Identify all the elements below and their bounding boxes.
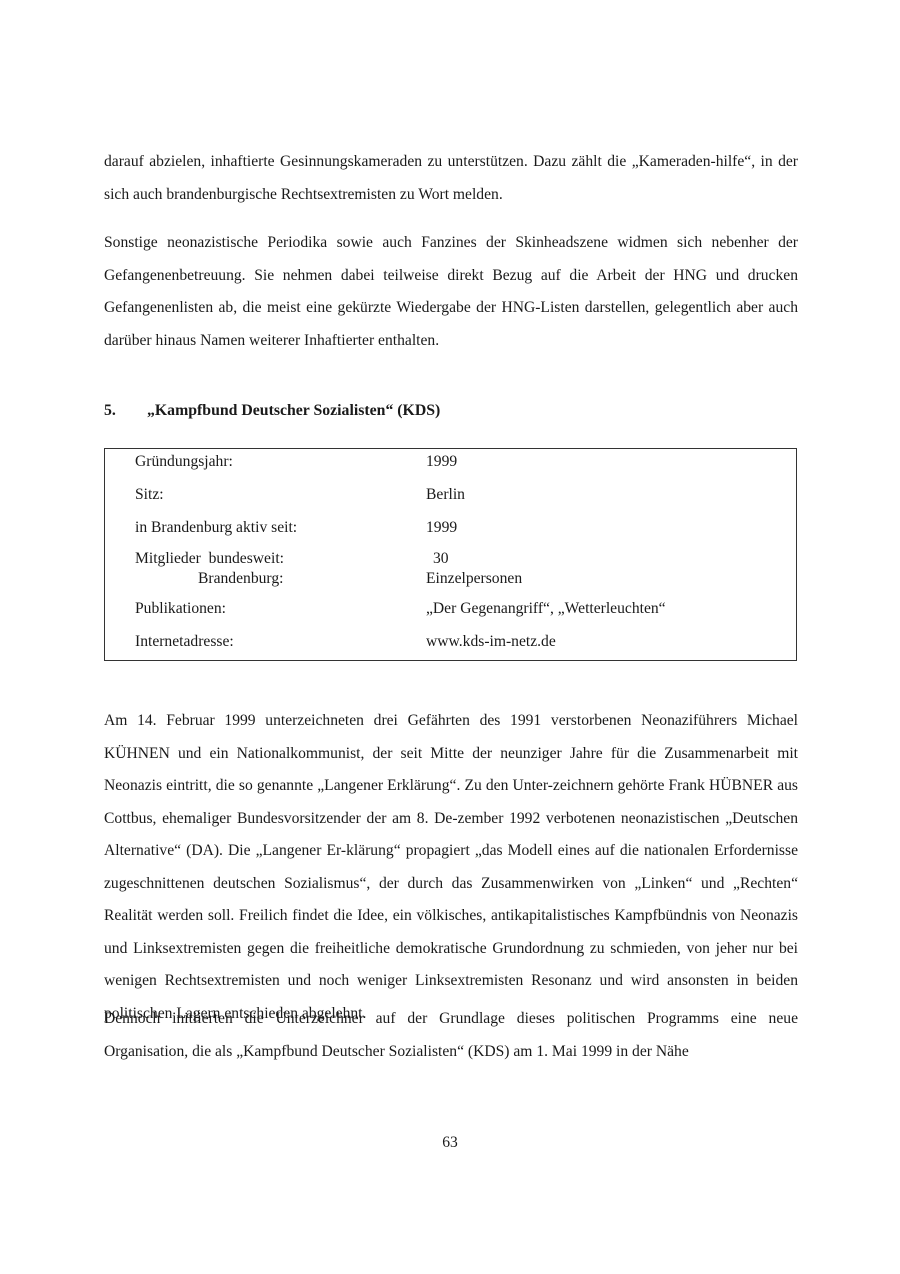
page-number: 63	[0, 1134, 900, 1152]
infobox-label: in Brandenburg aktiv seit:	[135, 518, 297, 538]
infobox-value: www.kds-im-netz.de	[426, 632, 556, 652]
section-heading: 5.„Kampfbund Deutscher Sozialisten“ (KDS…	[104, 402, 440, 420]
paragraph: Dennoch initiierten die Unterzeichner au…	[104, 1003, 798, 1068]
infobox-value: 1999	[426, 518, 457, 538]
section-number: 5.	[104, 402, 147, 420]
infobox-sub-value: Einzelpersonen	[426, 569, 522, 589]
organization-infobox: Gründungsjahr: 1999 Sitz: Berlin in Bran…	[104, 448, 797, 661]
infobox-label: Mitglieder bundesweit:	[135, 549, 284, 569]
infobox-value: „Der Gegenangriff“, „Wetterleuchten“	[426, 599, 666, 619]
document-page: darauf abzielen, inhaftierte Gesinnungsk…	[0, 0, 900, 1274]
infobox-label: Gründungsjahr:	[135, 452, 233, 472]
infobox-sub-label: Brandenburg:	[198, 569, 283, 589]
section-title: „Kampfbund Deutscher Sozialisten“ (KDS)	[147, 402, 440, 419]
infobox-label: Internetadresse:	[135, 632, 234, 652]
infobox-label: Publikationen:	[135, 599, 226, 619]
infobox-label: Sitz:	[135, 485, 164, 505]
infobox-value: Berlin	[426, 485, 465, 505]
paragraph: Sonstige neonazistische Periodika sowie …	[104, 227, 798, 357]
paragraph: darauf abzielen, inhaftierte Gesinnungsk…	[104, 146, 798, 211]
infobox-value: 1999	[426, 452, 457, 472]
infobox-value: 30	[426, 549, 449, 569]
paragraph: Am 14. Februar 1999 unterzeichneten drei…	[104, 705, 798, 1030]
